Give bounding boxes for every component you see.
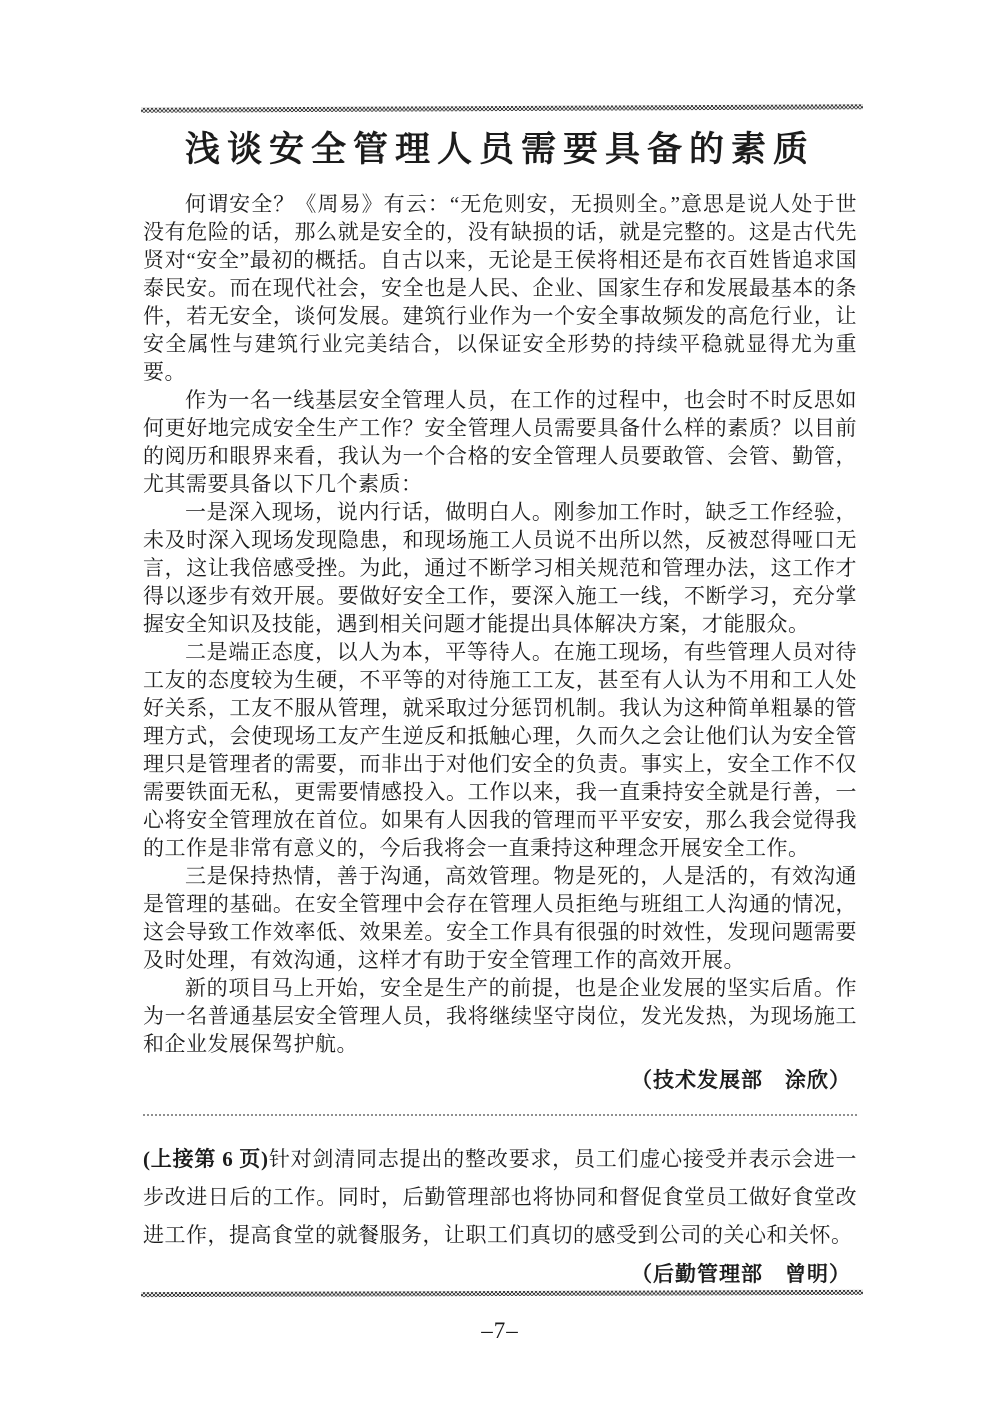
continued-article: (上接第 6 页)针对剑清同志提出的整改要求，员工们虚心接受并表示会进一步改进日… <box>143 1140 857 1254</box>
page-number: –7– <box>0 1318 1000 1344</box>
article-paragraph: 何谓安全？《周易》有云：“无危则安，无损则全。”意思是说人处于世没有危险的话，那… <box>143 190 857 386</box>
article-paragraph: 二是端正态度，以人为本，平等待人。在施工现场，有些管理人员对待工友的态度较为生硬… <box>143 638 857 862</box>
bottom-decorative-rule <box>141 1290 863 1297</box>
article-paragraph: 三是保持热情，善于沟通，高效管理。物是死的，人是活的，有效沟通是管理的基础。在安… <box>143 862 857 974</box>
document-page: 浅谈安全管理人员需要具备的素质 何谓安全？《周易》有云：“无危则安，无损则全。”… <box>0 0 1000 1413</box>
continued-from-label: (上接第 6 页) <box>143 1147 269 1171</box>
page-content: 浅谈安全管理人员需要具备的素质 何谓安全？《周易》有云：“无危则安，无损则全。”… <box>143 118 857 1288</box>
top-decorative-rule <box>141 104 863 113</box>
article-title: 浅谈安全管理人员需要具备的素质 <box>143 126 857 174</box>
article-paragraph: 一是深入现场，说内行话，做明白人。刚参加工作时，缺乏工作经验，未及时深入现场发现… <box>143 498 857 638</box>
article-paragraph: 作为一名一线基层安全管理人员，在工作的过程中，也会时不时反思如何更好地完成安全生… <box>143 386 857 498</box>
article-paragraph: 新的项目马上开始，安全是生产的前提，也是企业发展的坚实后盾。作为一名普通基层安全… <box>143 974 857 1058</box>
author-signature-main: （技术发展部 涂欣） <box>143 1066 857 1094</box>
author-signature-continued: （后勤管理部 曾明） <box>143 1260 857 1288</box>
section-divider <box>143 1114 857 1116</box>
article-body: 何谓安全？《周易》有云：“无危则安，无损则全。”意思是说人处于世没有危险的话，那… <box>143 190 857 1058</box>
